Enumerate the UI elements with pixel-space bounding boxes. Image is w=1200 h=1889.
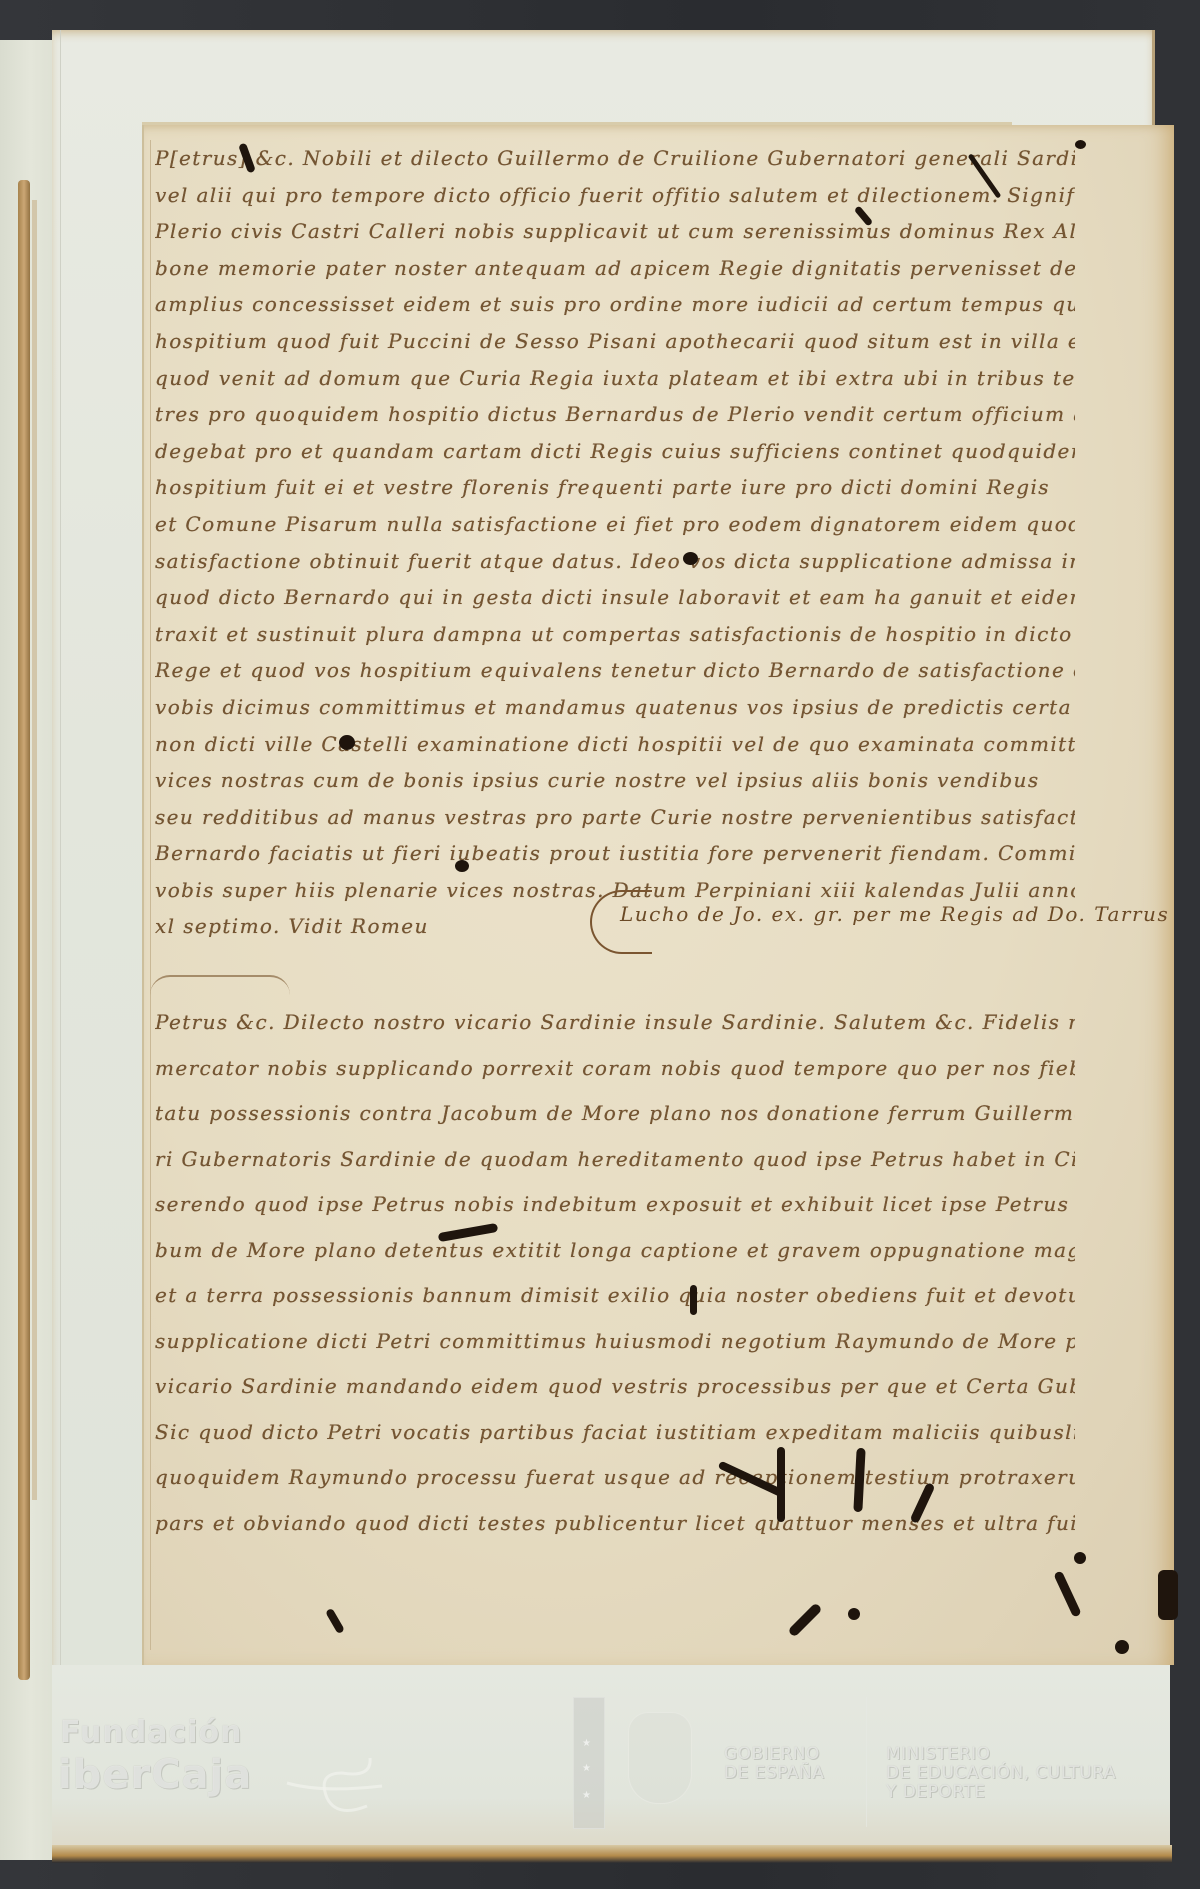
manuscript-line: Petrus &c. Dilecto nostro vicario Sardin… (155, 1000, 1075, 1046)
ink-blot (1158, 1570, 1178, 1620)
manuscript-line: quod venit ad domum que Curia Regia iuxt… (155, 360, 1075, 397)
sheet-fold-line (60, 30, 61, 1860)
watermark-ibercaja: iberCaja (58, 1752, 252, 1798)
scribe-signature: Lucho de Jo. ex. gr. per me Regis ad Do.… (590, 890, 1110, 950)
ibercaja-logo-icon (282, 1748, 392, 1818)
manuscript-line: Plerio civis Castri Calleri nobis suppli… (155, 213, 1075, 250)
ink-blot (690, 1285, 697, 1315)
manuscript-line: vices nostras cum de bonis ipsius curie … (155, 762, 1075, 799)
gobierno-line-2: DE ESPAÑA (724, 1764, 824, 1783)
watermark-ministerio: MINISTERIO DE EDUCACIÓN, CULTURA Y DEPOR… (886, 1745, 1116, 1802)
burnt-bottom-edge (52, 1845, 1172, 1863)
ink-blot (777, 1447, 785, 1522)
manuscript-line: vicario Sardinie mandando eidem quod ves… (155, 1364, 1075, 1410)
manuscript-line: non dicti ville Castelli examinatione di… (155, 726, 1075, 763)
section-divider-flourish (150, 975, 290, 995)
manuscript-line: tatu possessionis contra Jacobum de More… (155, 1091, 1075, 1137)
manuscript-line: bum de More plano detentus extitit longa… (155, 1228, 1075, 1274)
ink-blot (339, 735, 355, 750)
adjacent-left-page (0, 40, 60, 1860)
manuscript-line: mercator nobis supplicando porrexit cora… (155, 1046, 1075, 1092)
manuscript-line: satisfactione obtinuit fuerit atque datu… (155, 543, 1075, 580)
manuscript-line: tres pro quoquidem hospitio dictus Berna… (155, 396, 1075, 433)
ink-blot (1075, 140, 1086, 149)
manuscript-line: quod dicto Bernardo qui in gesta dicti i… (155, 579, 1075, 616)
ink-blot (848, 1608, 860, 1620)
manuscript-line: bone memorie pater noster antequam ad ap… (155, 250, 1075, 287)
spain-flag-bar-icon: ★★★ (573, 1697, 605, 1829)
manuscript-section-1: P[etrus] &c. Nobili et dilecto Guillermo… (155, 140, 1075, 945)
manuscript-line: traxit et sustinuit plura dampna ut comp… (155, 616, 1075, 653)
manuscript-line: et a terra possessionis bannum dimisit e… (155, 1273, 1075, 1319)
manuscript-line: degebat pro et quandam cartam dicti Regi… (155, 433, 1075, 470)
manuscript-line: Rege et quod vos hospitium equivalens te… (155, 652, 1075, 689)
manuscript-line: et Comune Pisarum nulla satisfactione ei… (155, 506, 1075, 543)
ministerio-line-1: MINISTERIO (886, 1745, 1116, 1764)
manuscript-line: seu redditibus ad manus vestras pro part… (155, 799, 1075, 836)
binding-edge (32, 200, 37, 1500)
manuscript-line: amplius concessisset eidem et suis pro o… (155, 286, 1075, 323)
manuscript-line: hospitium fuit ei et vestre florenis fre… (155, 469, 1075, 506)
ministerio-line-3: Y DEPORTE (886, 1783, 1116, 1802)
gobierno-line-1: GOBIERNO (724, 1745, 824, 1764)
binding-thread (18, 180, 30, 1680)
manuscript-line: supplicatione dicti Petri committimus hu… (155, 1319, 1075, 1365)
manuscript-line: vobis dicimus committimus et mandamus qu… (155, 689, 1075, 726)
manuscript-line: pars et obviando quod dicti testes publi… (155, 1501, 1075, 1547)
watermark-separator (866, 1697, 867, 1827)
ink-blot (455, 860, 469, 872)
manuscript-line: hospitium quod fuit Puccini de Sesso Pis… (155, 323, 1075, 360)
manuscript-line: P[etrus] &c. Nobili et dilecto Guillermo… (155, 140, 1075, 177)
manuscript-line: quoquidem Raymundo processu fuerat usque… (155, 1455, 1075, 1501)
manuscript-line: serendo quod ipse Petrus nobis indebitum… (155, 1182, 1075, 1228)
ministerio-line-2: DE EDUCACIÓN, CULTURA (886, 1764, 1116, 1783)
spain-coat-of-arms-icon (628, 1712, 692, 1804)
manuscript-line: Sic quod dicto Petri vocatis partibus fa… (155, 1410, 1075, 1456)
margin-ruling (150, 140, 151, 1650)
watermark-fundacion: Fundación (60, 1715, 242, 1750)
signature-text: Lucho de Jo. ex. gr. per me Regis ad Do.… (620, 902, 1169, 926)
manuscript-line: ri Gubernatoris Sardinie de quodam hered… (155, 1137, 1075, 1183)
watermark-gobierno: GOBIERNO DE ESPAÑA (724, 1745, 824, 1783)
manuscript-line: vel alii qui pro tempore dicto officio f… (155, 177, 1075, 214)
manuscript-section-2: Petrus &c. Dilecto nostro vicario Sardin… (155, 1000, 1075, 1546)
manuscript-line: Bernardo faciatis ut fieri iubeatis prou… (155, 835, 1075, 872)
ink-blot (1074, 1552, 1086, 1564)
ink-blot (1115, 1640, 1129, 1654)
ink-blot (683, 552, 698, 565)
